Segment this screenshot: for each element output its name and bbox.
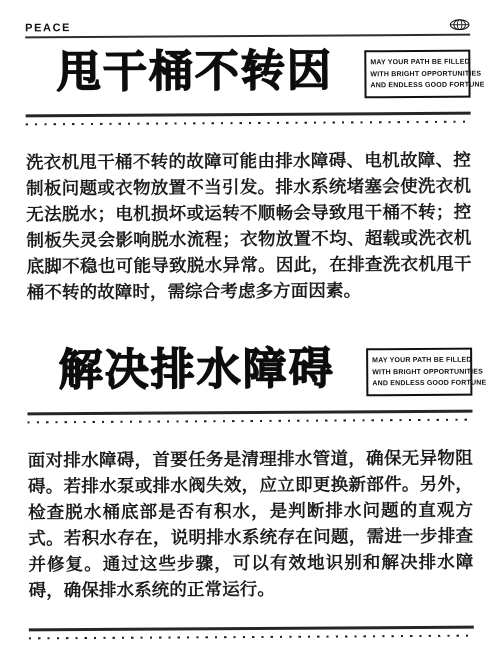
side-note-line: MAY YOUR PATH BE FILLED <box>372 355 467 367</box>
page: PEACE 甩干桶不转因 MAY YOUR PATH BE FILLED WIT… <box>0 0 500 667</box>
side-note-box: MAY YOUR PATH BE FILLED WITH BRIGHT OPPO… <box>366 348 472 396</box>
thick-divider <box>29 626 474 632</box>
header: PEACE <box>25 0 470 38</box>
thick-divider <box>26 111 471 117</box>
side-note-line: AND ENDLESS GOOD FORTUNE <box>372 378 467 390</box>
brand-logo: PEACE <box>25 23 71 34</box>
footer-divider <box>29 626 474 640</box>
side-note-line: WITH BRIGHT OPPORTUNITIES <box>372 366 467 378</box>
section-drainage-fix: 解决排水障碍 MAY YOUR PATH BE FILLED WITH BRIG… <box>27 344 474 604</box>
title-row: 解决排水障碍 MAY YOUR PATH BE FILLED WITH BRIG… <box>27 344 472 398</box>
globe-icon <box>449 19 470 32</box>
section-title: 解决排水障碍 <box>27 344 366 394</box>
dotted-divider <box>29 635 474 640</box>
article-sheet: PEACE 甩干桶不转因 MAY YOUR PATH BE FILLED WIT… <box>0 0 500 667</box>
title-row: 甩干桶不转因 MAY YOUR PATH BE FILLED WITH BRIG… <box>25 46 470 100</box>
section-title: 甩干桶不转因 <box>25 46 364 96</box>
dotted-divider <box>26 120 471 125</box>
side-note-line: AND ENDLESS GOOD FORTUNE <box>370 80 465 92</box>
dotted-divider <box>28 418 473 423</box>
side-note-box: MAY YOUR PATH BE FILLED WITH BRIGHT OPPO… <box>364 50 470 98</box>
thick-divider <box>27 409 472 415</box>
side-note-line: MAY YOUR PATH BE FILLED <box>370 57 465 69</box>
body-paragraph: 面对排水障碍，首要任务是清理排水管道，确保无异物阻碍。若排水泵或排水阀失效，应立… <box>28 445 474 604</box>
body-paragraph: 洗衣机甩干桶不转的故障可能由排水障碍、电机故障、控制板问题或衣物放置不当引发。排… <box>26 147 472 306</box>
section-spin-tub: 甩干桶不转因 MAY YOUR PATH BE FILLED WITH BRIG… <box>25 46 472 306</box>
side-note-line: WITH BRIGHT OPPORTUNITIES <box>370 68 465 80</box>
